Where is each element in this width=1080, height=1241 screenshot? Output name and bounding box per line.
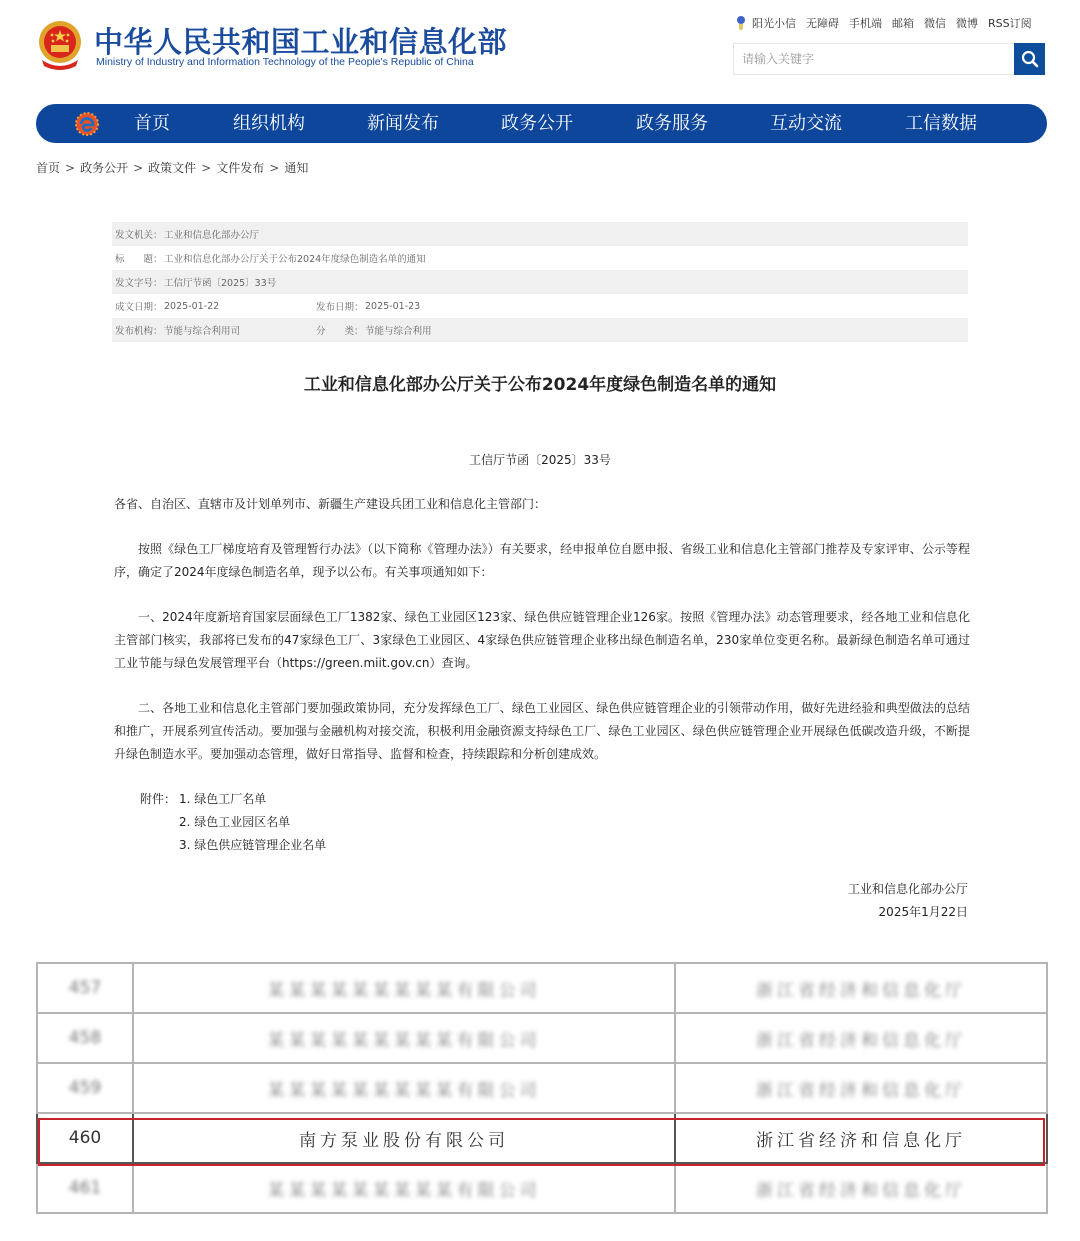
company-name: 南方泵业股份有限公司 [133, 1113, 675, 1163]
row-number: 457 [37, 963, 133, 1013]
row-number: 458 [37, 1013, 133, 1063]
paragraph-2: 一、2024年度新培育国家层面绿色工厂1382家、绿色工业园区123家、绿色供应… [114, 606, 970, 675]
meta-category: 节能与综合利用 [365, 323, 432, 337]
nav-organization[interactable]: 组织机构 [233, 104, 305, 143]
signature: 工业和信息化部办公厅 [848, 878, 968, 901]
recommending-dept: 浙江省经济和信息化厅 [675, 1063, 1047, 1113]
breadcrumb-gov-affairs[interactable]: 政务公开 [80, 161, 128, 175]
attachment-link[interactable]: 1. 绿色工厂名单 [179, 788, 266, 811]
breadcrumb-notice[interactable]: 通知 [284, 161, 308, 175]
table-row: 457某某某某某某某某某有限公司浙江省经济和信息化厅 [37, 963, 1047, 1013]
row-number: 459 [37, 1063, 133, 1113]
table-row: 458某某某某某某某某某有限公司浙江省经济和信息化厅 [37, 1013, 1047, 1063]
meta-label: 分 类： [316, 323, 364, 337]
table-row: 461某某某某某某某某某有限公司浙江省经济和信息化厅 [37, 1163, 1047, 1213]
nav-data[interactable]: 工信数据 [905, 104, 977, 143]
meta-row-title: 标 题： 工业和信息化部办公厅关于公布2024年度绿色制造名单的通知 [112, 246, 968, 270]
recommending-dept: 浙江省经济和信息化厅 [675, 1013, 1047, 1063]
chevron-right-icon: > [133, 161, 143, 175]
company-name: 某某某某某某某某某有限公司 [133, 1063, 675, 1113]
sign-date: 2025年1月22日 [848, 901, 968, 924]
table-row-highlighted: 460南方泵业股份有限公司浙江省经济和信息化厅 [37, 1113, 1047, 1163]
recommending-dept: 浙江省经济和信息化厅 [675, 1163, 1047, 1213]
recommending-dept: 浙江省经济和信息化厅 [675, 963, 1047, 1013]
meta-written-date: 2025-01-22 [164, 301, 219, 312]
meta-label: 发布机构： [115, 323, 163, 337]
nav-gov-affairs[interactable]: 政务公开 [501, 104, 573, 143]
nav-news[interactable]: 新闻发布 [367, 104, 439, 143]
row-number: 461 [37, 1163, 133, 1213]
breadcrumb-policy[interactable]: 政策文件 [148, 161, 196, 175]
top-link-sunshine[interactable]: 阳光小信 [752, 15, 796, 31]
chevron-right-icon: > [65, 161, 75, 175]
meta-issuer: 工业和信息化部办公厅 [164, 227, 259, 241]
table-row: 459某某某某某某某某某有限公司浙江省经济和信息化厅 [37, 1063, 1047, 1113]
chevron-right-icon: > [269, 161, 279, 175]
company-name: 某某某某某某某某某有限公司 [133, 1013, 675, 1063]
top-link-weibo[interactable]: 微博 [956, 15, 978, 31]
document-meta-table: 发文机关： 工业和信息化部办公厅 标 题： 工业和信息化部办公厅关于公布2024… [112, 222, 968, 342]
meta-row-docno: 发文字号： 工信厅节函〔2025〕33号 [112, 270, 968, 294]
meta-label: 标 题： [115, 251, 163, 265]
nav-interaction[interactable]: 互动交流 [770, 104, 842, 143]
breadcrumb-publish[interactable]: 文件发布 [216, 161, 264, 175]
attachment-link[interactable]: 2. 绿色工业园区名单 [179, 811, 290, 834]
meta-row-publisher: 发布机构： 节能与综合利用司 分 类： 节能与综合利用 [112, 318, 968, 342]
meta-label: 成文日期： [115, 299, 163, 313]
lamp-icon [736, 15, 746, 31]
meta-title: 工业和信息化部办公厅关于公布2024年度绿色制造名单的通知 [164, 251, 426, 265]
nav-gov-services[interactable]: 政务服务 [636, 104, 708, 143]
top-links: 阳光小信 无障碍 手机端 邮箱 微信 微博 RSS订阅 [736, 15, 1032, 31]
meta-publisher: 节能与综合利用司 [164, 323, 240, 337]
meta-label: 发布日期： [316, 299, 364, 313]
main-nav: 首页 组织机构 新闻发布 政务公开 政务服务 互动交流 工信数据 [36, 104, 1047, 143]
top-link-mobile[interactable]: 手机端 [849, 15, 882, 31]
top-link-rss[interactable]: RSS订阅 [988, 15, 1032, 31]
company-name: 某某某某某某某某某有限公司 [133, 963, 675, 1013]
fade-overlay [30, 1218, 1060, 1241]
site-header: 中华人民共和国工业和信息化部 Ministry of Industry and … [0, 0, 1080, 95]
meta-doc-no: 工信厅节函〔2025〕33号 [164, 275, 276, 289]
breadcrumb-home[interactable]: 首页 [36, 161, 60, 175]
top-link-accessibility[interactable]: 无障碍 [806, 15, 839, 31]
search-button[interactable] [1014, 43, 1045, 75]
site-subtitle: Ministry of Industry and Information Tec… [96, 56, 474, 68]
paragraph-1: 按照《绿色工厂梯度培育及管理暂行办法》（以下简称《管理办法》）有关要求，经申报单… [114, 538, 970, 584]
document-title: 工业和信息化部办公厅关于公布2024年度绿色制造名单的通知 [0, 370, 1080, 395]
row-number: 460 [37, 1113, 133, 1163]
meta-label: 发文机关： [115, 227, 163, 241]
meta-row-issuer: 发文机关： 工业和信息化部办公厅 [112, 222, 968, 246]
search-input[interactable] [734, 44, 1016, 74]
attachments-label: 附件： [140, 788, 179, 811]
top-link-wechat[interactable]: 微信 [924, 15, 946, 31]
meta-label: 发文字号： [115, 275, 163, 289]
attachment-link[interactable]: 3. 绿色供应链管理企业名单 [179, 834, 326, 857]
nav-home[interactable]: 首页 [134, 104, 170, 143]
document-number: 工信厅节函〔2025〕33号 [0, 451, 1080, 468]
national-emblem-icon[interactable] [36, 20, 84, 72]
meta-row-dates: 成文日期： 2025-01-22 发布日期： 2025-01-23 [112, 294, 968, 318]
top-link-mail[interactable]: 邮箱 [892, 15, 914, 31]
company-name: 某某某某某某某某某有限公司 [133, 1163, 675, 1213]
signature-block: 工业和信息化部办公厅 2025年1月22日 [848, 878, 968, 924]
recommending-dept: 浙江省经济和信息化厅 [675, 1113, 1047, 1163]
green-factory-list-table: 457某某某某某某某某某有限公司浙江省经济和信息化厅458某某某某某某某某某有限… [36, 962, 1048, 1214]
miit-logo-icon[interactable] [74, 111, 100, 137]
paragraph-3: 二、各地工业和信息化主管部门要加强政策协同，充分发挥绿色工厂、绿色工业园区、绿色… [114, 697, 970, 766]
chevron-right-icon: > [201, 161, 211, 175]
salutation: 各省、自治区、直辖市及计划单列市、新疆生产建设兵团工业和信息化主管部门： [114, 493, 970, 516]
search-icon [1021, 50, 1039, 68]
breadcrumb: 首页>政务公开>政策文件>文件发布>通知 [36, 159, 308, 176]
site-title: 中华人民共和国工业和信息化部 [94, 20, 507, 61]
search-box [733, 43, 1045, 75]
meta-publish-date: 2025-01-23 [365, 301, 420, 312]
attachments: 附件：1. 绿色工厂名单 2. 绿色工业园区名单 3. 绿色供应链管理企业名单 [140, 788, 326, 857]
